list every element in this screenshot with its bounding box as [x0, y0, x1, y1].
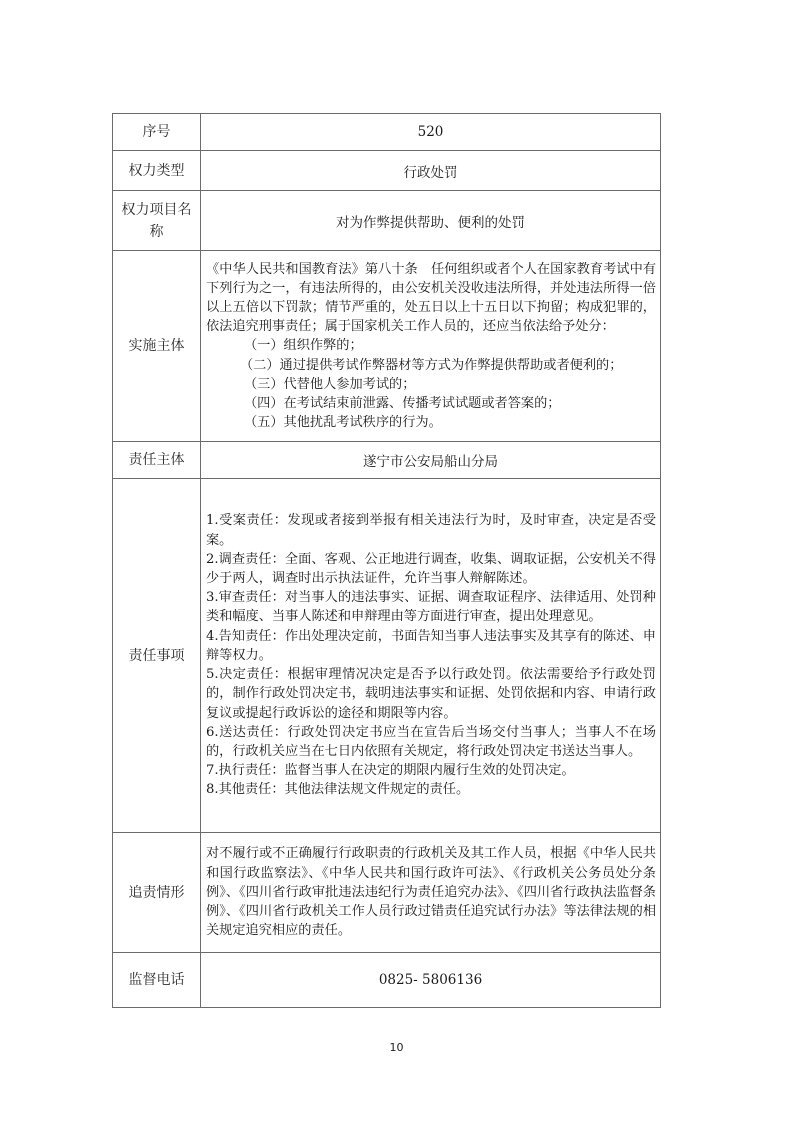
responsibility-item: 8.其他责任：其他法律法规文件规定的责任。 [206, 780, 656, 799]
legal-basis-item: （三）代替他人参加考试的； [206, 375, 656, 394]
row-accountability: 追责情形 对不履行或不正确履行行政职责的行政机关及其工作人员，根据《中华人民共和… [113, 833, 661, 953]
page-number: 10 [0, 1041, 793, 1054]
label-supervision-phone: 监督电话 [113, 953, 201, 1008]
responsibility-item: 2.调查责任：全面、客观、公正地进行调查，收集、调取证据，公安机关不得少于两人，… [206, 550, 656, 588]
value-power-type: 行政处罚 [201, 151, 661, 191]
label-power-type: 权力类型 [113, 151, 201, 191]
label-power-item-name: 权力项目名称 [113, 191, 201, 251]
value-power-item-name: 对为作弊提供帮助、便利的处罚 [201, 191, 661, 251]
power-item-table: 序号 520 权力类型 行政处罚 权力项目名称 对为作弊提供帮助、便利的处罚 实… [112, 113, 661, 1008]
row-implementing-body: 实施主体 《中华人民共和国教育法》第八十条 任何组织或者个人在国家教育考试中有下… [113, 251, 661, 442]
legal-basis-item: （五）其他扰乱考试秩序的行为。 [206, 413, 656, 432]
label-responsible-body: 责任主体 [113, 442, 201, 479]
responsibility-item: 4.告知责任：作出处理决定前，书面告知当事人违法事实及其享有的陈述、申辩等权力。 [206, 627, 656, 665]
responsibility-item: 7.执行责任：监督当事人在决定的期限内履行生效的处罚决定。 [206, 761, 656, 780]
accountability-text: 对不履行或不正确履行行政职责的行政机关及其工作人员，根据《中华人民共和国行政监察… [206, 844, 656, 940]
row-power-item-name: 权力项目名称 对为作弊提供帮助、便利的处罚 [113, 191, 661, 251]
row-responsibilities: 责任事项 1.受案责任：发现或者接到举报有相关违法行为时，及时审查，决定是否受案… [113, 479, 661, 833]
value-accountability: 对不履行或不正确履行行政职责的行政机关及其工作人员，根据《中华人民共和国行政监察… [201, 833, 661, 953]
label-implementing-body: 实施主体 [113, 251, 201, 442]
responsibility-item: 1.受案责任：发现或者接到举报有相关违法行为时，及时审查，决定是否受案。 [206, 511, 656, 549]
row-power-type: 权力类型 行政处罚 [113, 151, 661, 191]
row-supervision-phone: 监督电话 0825- 5806136 [113, 953, 661, 1008]
row-responsible-body: 责任主体 遂宁市公安局船山分局 [113, 442, 661, 479]
legal-basis-item: （一）组织作弊的； [206, 336, 656, 355]
responsibility-item: 5.决定责任：根据审理情况决定是否予以行政处罚。依法需要给予行政处罚的，制作行政… [206, 665, 656, 723]
label-accountability: 追责情形 [113, 833, 201, 953]
value-responsibilities: 1.受案责任：发现或者接到举报有相关违法行为时，及时审查，决定是否受案。 2.调… [201, 479, 661, 833]
label-serial-number: 序号 [113, 114, 201, 151]
legal-basis-item: （二）通过提供考试作弊器材等方式为作弊提供帮助或者便利的； [206, 356, 656, 375]
legal-basis-intro: 《中华人民共和国教育法》第八十条 任何组织或者个人在国家教育考试中有下列行为之一… [206, 260, 656, 337]
value-serial-number: 520 [201, 114, 661, 151]
value-implementing-body: 《中华人民共和国教育法》第八十条 任何组织或者个人在国家教育考试中有下列行为之一… [201, 251, 661, 442]
value-responsible-body: 遂宁市公安局船山分局 [201, 442, 661, 479]
responsibility-item: 3.审查责任：对当事人的违法事实、证据、调查取证程序、法律适用、处罚种类和幅度、… [206, 588, 656, 626]
value-supervision-phone: 0825- 5806136 [201, 953, 661, 1008]
row-serial-number: 序号 520 [113, 114, 661, 151]
responsibility-item: 6.送达责任：行政处罚决定书应当在宣告后当场交付当事人；当事人不在场的，行政机关… [206, 723, 656, 761]
legal-basis-item: （四）在考试结束前泄露、传播考试试题或者答案的； [206, 394, 656, 413]
label-responsibilities: 责任事项 [113, 479, 201, 833]
